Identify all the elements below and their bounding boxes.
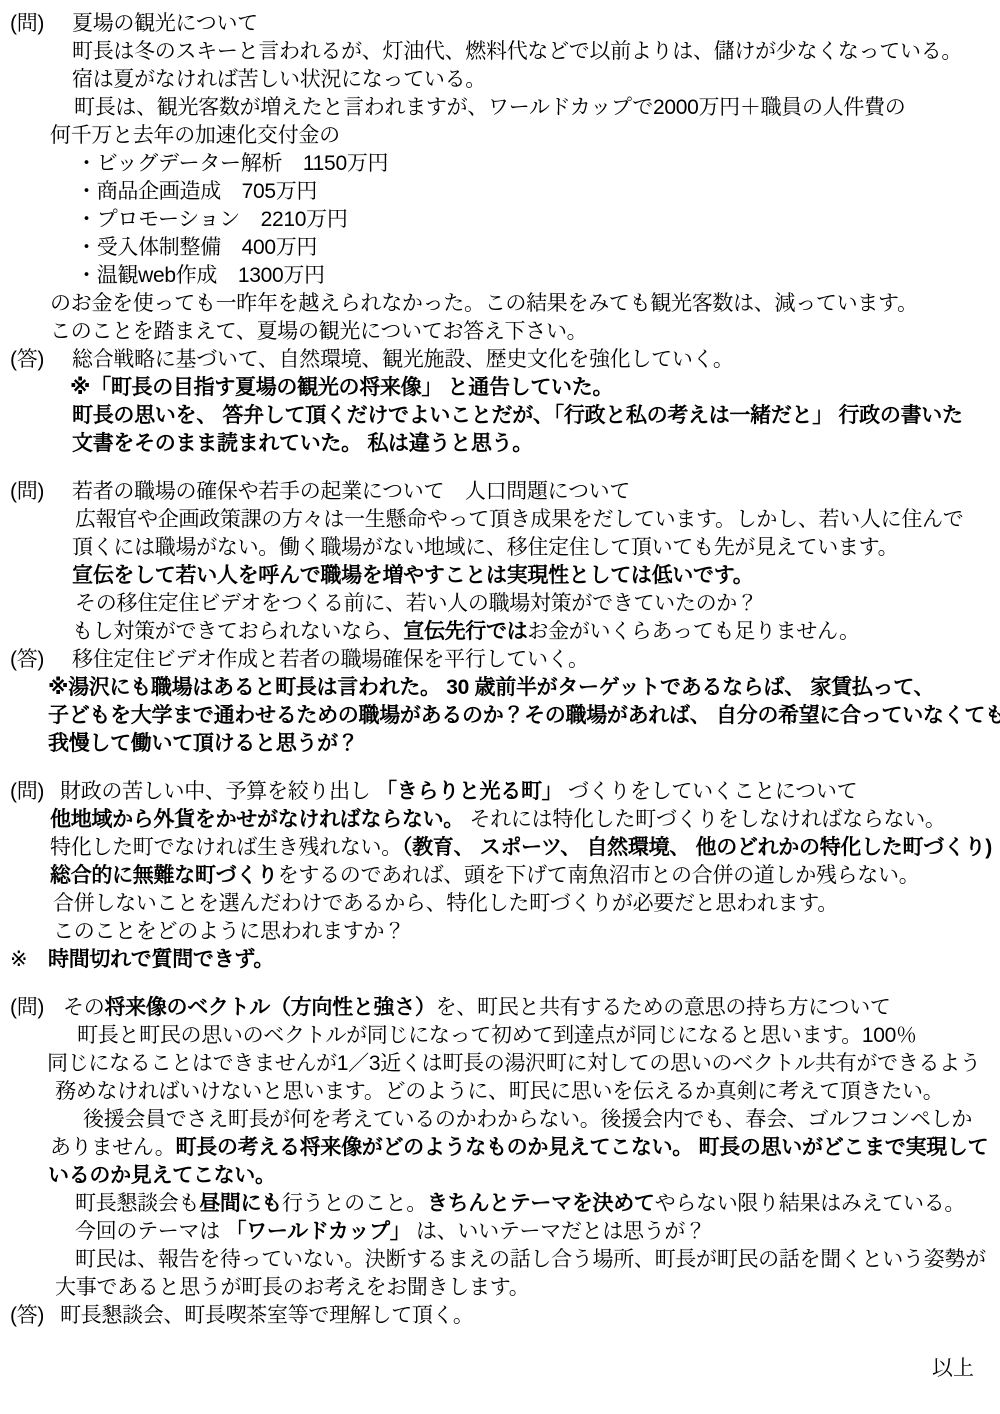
body-text: ・商品企画造成 705万円 bbox=[76, 180, 317, 203]
qa-minutes-document: (問)夏場の観光について町長は冬のスキーと言われるが、灯油代、燃料代などで以前よ… bbox=[0, 0, 1000, 1414]
text-line: 特化した町でなければ生き残れない。（教育、 スポーツ、 自然環境、 他のどれかの… bbox=[0, 834, 1000, 862]
text-line: ・プロモーション 2210万円 bbox=[0, 206, 1000, 234]
labeled-line: ※時間切れで質問できず。 bbox=[0, 946, 1000, 974]
emphasis-text: 他地域から外貨をかせがなければならない。 bbox=[50, 808, 464, 831]
body-text: 広報官や企画政策課の方々は一生懸命やって頂き成果をだしています。しかし、若い人に… bbox=[75, 508, 963, 531]
text-line: 何千万と去年の加速化交付金の bbox=[0, 122, 1000, 150]
text-line: 町長は冬のスキーと言われるが、灯油代、燃料代などで以前よりは、儲けが少なくなって… bbox=[0, 38, 1000, 66]
text-line: 頂くには職場がない。働く職場がない地域に、移住定住して頂いても先が見えています。 bbox=[0, 534, 1000, 562]
text-line: 町民は、報告を待っていない。決断するまえの話し合う場所、町長が町民の話を聞くとい… bbox=[0, 1246, 1000, 1274]
emphasis-text: 文書をそのまま読まれていた。 私は違うと思う。 bbox=[72, 432, 533, 455]
body-text: このことをどのように思われますか？ bbox=[53, 920, 405, 943]
text-line: 今回のテーマは 「ワールドカップ」 は、いいテーマだとは思うが？ bbox=[0, 1218, 1000, 1246]
speaker-label: (問) bbox=[10, 994, 63, 1022]
emphasis-text: ※「町長の目指す夏場の観光の将来像」 と通告していた。 bbox=[70, 376, 613, 399]
body-text: 頂くには職場がない。働く職場がない地域に、移住定住して頂いても先が見えています。 bbox=[72, 536, 898, 559]
text-line: 同じになることはできませんが1／3近くは町長の湯沢町に対しての思いのベクトル共有… bbox=[0, 1050, 1000, 1078]
emphasis-text: 「ワールドカップ」 bbox=[225, 1220, 410, 1243]
text-line: 我慢して働いて頂けると思うが？ bbox=[0, 730, 1000, 758]
text-line: 他地域から外貨をかせがなければならない。 それには特化した町づくりをしなければな… bbox=[0, 806, 1000, 834]
labeled-line: (問)夏場の観光について bbox=[0, 10, 1000, 38]
text-line: 町長は、観光客数が増えたと言われますが、ワールドカップで2000万円＋職員の人件… bbox=[0, 94, 1000, 122]
text-line: 宿は夏がなければ苦しい状況になっている。 bbox=[0, 66, 1000, 94]
body-text: 町長と町民の思いのベクトルが同じになって初めて到達点が同じになると思います。10… bbox=[77, 1024, 917, 1047]
emphasis-text: いるのか見えてこない。 bbox=[48, 1164, 276, 1187]
body-text: ・受入体制整備 400万円 bbox=[76, 236, 317, 259]
text-line: その移住定住ビデオをつくる前に、若い人の職場対策ができていたのか？ bbox=[0, 590, 1000, 618]
text-line: 後援会員でさえ町長が何を考えているのかわからない。後援会内でも、春会、ゴルフコン… bbox=[0, 1106, 1000, 1134]
body-text: 特化した町でなければ生き残れない。 bbox=[50, 836, 402, 859]
text-line: ・温観web作成 1300万円 bbox=[0, 262, 1000, 290]
emphasis-text: 我慢して働いて頂けると思うが？ bbox=[48, 732, 359, 755]
text-line: 広報官や企画政策課の方々は一生懸命やって頂き成果をだしています。しかし、若い人に… bbox=[0, 506, 1000, 534]
text-line: いるのか見えてこない。 bbox=[0, 1162, 1000, 1190]
text-line: 町長の思いを、 答弁して頂くだけでよいことだが、「行政と私の考えは一緒だと」 行… bbox=[0, 402, 1000, 430]
body-text: をするのであれば、頭を下げて南魚沼市との合併の道しか残らない。 bbox=[278, 864, 920, 887]
body-text: 町民は、報告を待っていない。決断するまえの話し合う場所、町長が町民の話を聞くとい… bbox=[75, 1248, 986, 1271]
body-text: やらない限り結果はみえている。 bbox=[655, 1192, 966, 1215]
labeled-line: (答)総合戦略に基づいて、自然環境、観光施設、歴史文化を強化していく。 bbox=[0, 346, 1000, 374]
speaker-label: (問) bbox=[10, 778, 60, 806]
qa-section-1: (問)夏場の観光について町長は冬のスキーと言われるが、灯油代、燃料代などで以前よ… bbox=[0, 10, 1000, 458]
text-line: 町長懇談会も昼間にも行うとのこと。きちんとテーマを決めてやらない限り結果はみえて… bbox=[0, 1190, 1000, 1218]
body-text: 後援会員でさえ町長が何を考えているのかわからない。後援会内でも、春会、ゴルフコン… bbox=[83, 1108, 972, 1131]
text-line: このことを踏まえて、夏場の観光についてお答え下さい。 bbox=[0, 318, 1000, 346]
text-line: 総合的に無難な町づくりをするのであれば、頭を下げて南魚沼市との合併の道しか残らな… bbox=[0, 862, 1000, 890]
speaker-label: (答) bbox=[10, 646, 72, 674]
body-text: その移住定住ビデオをつくる前に、若い人の職場対策ができていたのか？ bbox=[75, 592, 758, 615]
labeled-line: (答)町長懇談会、町長喫茶室等で理解して頂く。 bbox=[0, 1302, 1000, 1330]
qa-section-4: (問)その将来像のベクトル（方向性と強さ）を、町民と共有するための意思の持ち方に… bbox=[0, 994, 1000, 1330]
body-text: のお金を使っても一昨年を越えられなかった。この結果をみても観光客数は、減っていま… bbox=[50, 292, 918, 315]
body-text: づくりをしていくことについて bbox=[562, 780, 857, 803]
labeled-line: (問)若者の職場の確保や若手の起業について 人口問題について bbox=[0, 478, 1000, 506]
emphasis-text: 宣伝先行では bbox=[403, 620, 527, 643]
body-text: 合併しないことを選んだわけであるから、特化した町づくりが必要だと思われます。 bbox=[53, 892, 838, 915]
body-text: 宿は夏がなければ苦しい状況になっている。 bbox=[72, 68, 486, 91]
text-line: 子どもを大学まで通わせるための職場があるのか？その職場があれば、 自分の希望に合… bbox=[0, 702, 1000, 730]
closing-marker: 以上 bbox=[0, 1355, 1000, 1383]
body-text: ・プロモーション 2210万円 bbox=[76, 208, 348, 231]
speaker-label: ※ bbox=[10, 946, 48, 974]
body-text: 若者の職場の確保や若手の起業について 人口問題について bbox=[72, 480, 630, 503]
speaker-label: (答) bbox=[10, 1302, 60, 1330]
emphasis-text: 子どもを大学まで通わせるための職場があるのか？その職場があれば、 自分の希望に合… bbox=[48, 704, 1000, 727]
body-text: ・温観web作成 1300万円 bbox=[76, 264, 325, 287]
body-text: その bbox=[63, 996, 104, 1019]
text-line: 務めなければいけないと思います。どのように、町民に思いを伝えるか真剣に考えて頂き… bbox=[0, 1078, 1000, 1106]
body-text: 務めなければいけないと思います。どのように、町民に思いを伝えるか真剣に考えて頂き… bbox=[55, 1080, 943, 1103]
emphasis-text: 宣伝をして若い人を呼んで職場を増やすことは実現性としては低いです。 bbox=[72, 564, 753, 587]
speaker-label: (答) bbox=[10, 346, 72, 374]
speaker-label: (問) bbox=[10, 10, 72, 38]
body-text: 同じになることはできませんが1／3近くは町長の湯沢町に対しての思いのベクトル共有… bbox=[47, 1052, 981, 1075]
emphasis-text: 「きらりと光る町」 bbox=[376, 780, 562, 803]
body-text: は、いいテーマだとは思うが？ bbox=[410, 1220, 705, 1243]
body-text: 町長は、観光客数が増えたと言われますが、ワールドカップで2000万円＋職員の人件… bbox=[74, 96, 905, 119]
text-line: ・受入体制整備 400万円 bbox=[0, 234, 1000, 262]
text-line: 文書をそのまま読まれていた。 私は違うと思う。 bbox=[0, 430, 1000, 458]
text-line: ※湯沢にも職場はあると町長は言われた。 30 歳前半がターゲットであるならば、 … bbox=[0, 674, 1000, 702]
body-text: 何千万と去年の加速化交付金の bbox=[50, 124, 340, 147]
text-line: ※「町長の目指す夏場の観光の将来像」 と通告していた。 bbox=[0, 374, 1000, 402]
text-line: ありません。町長の考える将来像がどのようなものか見えてこない。 町長の思いがどこ… bbox=[0, 1134, 1000, 1162]
qa-section-3: (問)財政の苦しい中、予算を絞り出し 「きらりと光る町」 づくりをしていくことに… bbox=[0, 778, 1000, 974]
text-line: 宣伝をして若い人を呼んで職場を増やすことは実現性としては低いです。 bbox=[0, 562, 1000, 590]
emphasis-text: 総合的に無難な町づくり bbox=[50, 864, 278, 887]
body-text: 移住定住ビデオ作成と若者の職場確保を平行していく。 bbox=[72, 648, 589, 671]
body-text: 財政の苦しい中、予算を絞り出し bbox=[60, 780, 376, 803]
text-line: のお金を使っても一昨年を越えられなかった。この結果をみても観光客数は、減っていま… bbox=[0, 290, 1000, 318]
emphasis-text: ※湯沢にも職場はあると町長は言われた。 30 歳前半がターゲットであるならば、 … bbox=[48, 676, 934, 699]
qa-section-2: (問)若者の職場の確保や若手の起業について 人口問題について広報官や企画政策課の… bbox=[0, 478, 1000, 758]
body-text: 町長懇談会も bbox=[75, 1192, 199, 1215]
body-text: ・ビッグデーター解析 1150万円 bbox=[76, 152, 388, 175]
emphasis-text: 町長の思いを、 答弁して頂くだけでよいことだが、「行政と私の考えは一緒だと」 行… bbox=[72, 404, 963, 427]
body-text: もし対策ができておられないなら、 bbox=[72, 620, 403, 643]
emphasis-text: 町長の考える将来像がどのようなものか見えてこない。 町長の思いがどこまで実現して bbox=[175, 1136, 988, 1159]
emphasis-text: きちんとテーマを決めて bbox=[427, 1192, 655, 1215]
labeled-line: (問)財政の苦しい中、予算を絞り出し 「きらりと光る町」 づくりをしていくことに… bbox=[0, 778, 1000, 806]
body-text: を、町民と共有するための意思の持ち方について bbox=[436, 996, 891, 1019]
body-text: 大事であると思うが町長のお考えをお聞きします。 bbox=[55, 1276, 529, 1299]
body-text: 総合戦略に基づいて、自然環境、観光施設、歴史文化を強化していく。 bbox=[72, 348, 734, 371]
body-text: 今回のテーマは bbox=[75, 1220, 225, 1243]
document-body: (問)夏場の観光について町長は冬のスキーと言われるが、灯油代、燃料代などで以前よ… bbox=[0, 10, 1000, 1330]
text-line: このことをどのように思われますか？ bbox=[0, 918, 1000, 946]
body-text: ありません。 bbox=[50, 1136, 175, 1159]
body-text: 夏場の観光について bbox=[72, 12, 258, 35]
text-line: もし対策ができておられないなら、宣伝先行ではお金がいくらあっても足りません。 bbox=[0, 618, 1000, 646]
text-line: 町長と町民の思いのベクトルが同じになって初めて到達点が同じになると思います。10… bbox=[0, 1022, 1000, 1050]
text-line: 大事であると思うが町長のお考えをお聞きします。 bbox=[0, 1274, 1000, 1302]
body-text: 町長は冬のスキーと言われるが、灯油代、燃料代などで以前よりは、儲けが少なくなって… bbox=[72, 40, 962, 63]
labeled-line: (答)移住定住ビデオ作成と若者の職場確保を平行していく。 bbox=[0, 646, 1000, 674]
speaker-label: (問) bbox=[10, 478, 72, 506]
text-line: ・ビッグデーター解析 1150万円 bbox=[0, 150, 1000, 178]
emphasis-text: （教育、 スポーツ、 自然環境、 他のどれかの特化した町づくり) bbox=[402, 836, 992, 859]
body-text: お金がいくらあっても足りません。 bbox=[527, 620, 859, 643]
body-text: このことを踏まえて、夏場の観光についてお答え下さい。 bbox=[50, 320, 587, 343]
text-line: ・商品企画造成 705万円 bbox=[0, 178, 1000, 206]
emphasis-text: 時間切れで質問できず。 bbox=[48, 948, 274, 971]
body-text: それには特化した町づくりをしなければならない。 bbox=[464, 808, 946, 831]
emphasis-text: 将来像のベクトル（方向性と強さ） bbox=[104, 996, 435, 1019]
body-text: 町長懇談会、町長喫茶室等で理解して頂く。 bbox=[60, 1304, 474, 1327]
labeled-line: (問)その将来像のベクトル（方向性と強さ）を、町民と共有するための意思の持ち方に… bbox=[0, 994, 1000, 1022]
emphasis-text: 昼間にも bbox=[199, 1192, 282, 1215]
text-line: 合併しないことを選んだわけであるから、特化した町づくりが必要だと思われます。 bbox=[0, 890, 1000, 918]
body-text: 行うとのこと。 bbox=[282, 1192, 427, 1215]
